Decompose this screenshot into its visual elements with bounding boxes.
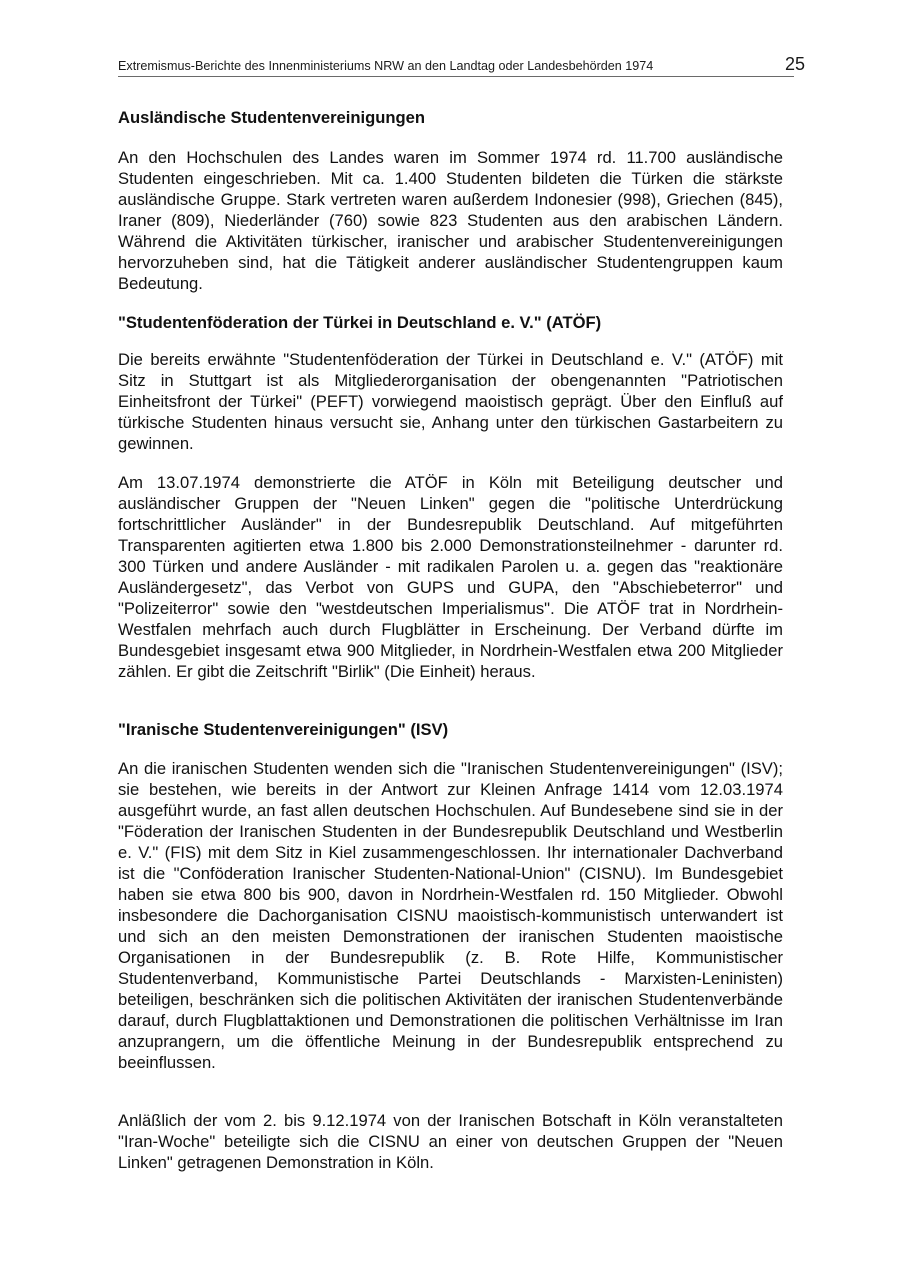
page-number: 25	[785, 54, 805, 75]
paragraph: Anläßlich der vom 2. bis 9.12.1974 von d…	[118, 1110, 783, 1173]
section-heading-auslaendische-studentenvereinigungen: Ausländische Studentenvereinigungen	[118, 108, 425, 128]
paragraph: Die bereits erwähnte "Studentenföderatio…	[118, 349, 783, 454]
running-header: Extremismus-Berichte des Innenministeriu…	[118, 56, 794, 77]
section-heading-atoef: "Studentenföderation der Türkei in Deuts…	[118, 313, 601, 333]
header-title: Extremismus-Berichte des Innenministeriu…	[118, 59, 653, 73]
paragraph: An die iranischen Studenten wenden sich …	[118, 758, 783, 1073]
section-heading-isv: "Iranische Studentenvereinigungen" (ISV)	[118, 720, 448, 740]
paragraph: Am 13.07.1974 demonstrierte die ATÖF in …	[118, 472, 783, 682]
paragraph: An den Hochschulen des Landes waren im S…	[118, 147, 783, 294]
